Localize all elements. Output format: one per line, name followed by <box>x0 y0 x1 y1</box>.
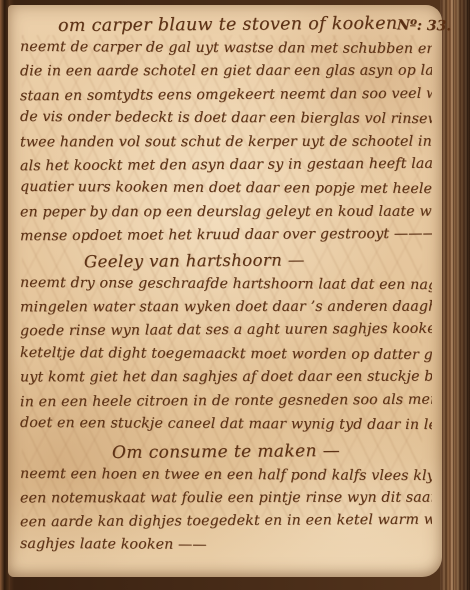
manuscript-line: keteltje dat dight toegemaackt moet word… <box>20 342 432 368</box>
page-number: Nº: 33. <box>397 17 463 34</box>
manuscript-line: als het koockt met den asyn daar sy in g… <box>20 153 432 179</box>
manuscript-line: goede rinse wyn laat dat ses a aght uure… <box>20 318 432 344</box>
manuscript-line: die in een aarde schotel en giet daar ee… <box>20 60 432 84</box>
recipe-title-carp: om carper blauw te stoven of kooken <box>20 14 398 37</box>
manuscript-line: uyt komt giet het dan saghjes af doet da… <box>20 366 432 390</box>
recipe-title-consomme: Om consume te maken — <box>20 438 432 466</box>
manuscript-line: een notemuskaat wat foulie een pintje ri… <box>20 487 432 511</box>
recipe-body-hartshorn-jelly: neemt dry onse geschraafde hartshoorn la… <box>20 273 432 437</box>
manuscript-line: doet en een stuckje caneel dat maar wyni… <box>20 412 432 438</box>
recipe-body-carp: neemt de carper de gal uyt wastse dan me… <box>20 37 432 248</box>
manuscript-line: de vis onder bedeckt is doet daar een bi… <box>20 106 432 132</box>
manuscript-line: neemt de carper de gal uyt wastse dan me… <box>20 36 432 62</box>
manuscript-line: in en een heele citroen in de ronte gesn… <box>20 388 432 414</box>
page-stack-edge <box>440 0 470 590</box>
manuscript-line: twee handen vol sout schut de kerper uyt… <box>20 130 432 154</box>
recipe-body-consomme: neemt een hoen en twee en een half pond … <box>20 464 432 558</box>
manuscript-line: mingelen water staan wyken doet daar ’s … <box>20 296 432 320</box>
manuscript-book-photo: om carper blauw te stoven of kooken Nº: … <box>0 0 470 590</box>
manuscript-line: staan en somtydts eens omgekeert neemt d… <box>20 83 432 109</box>
manuscript-page: om carper blauw te stoven of kooken Nº: … <box>8 5 442 577</box>
page-header: om carper blauw te stoven of kooken Nº: … <box>20 15 430 35</box>
manuscript-line: een aarde kan dighjes toegedekt en in ee… <box>20 509 432 535</box>
manuscript-line: quatier uurs kooken men doet daar een po… <box>20 176 432 202</box>
manuscript-line: mense opdoet moet het kruud daar over ge… <box>20 223 432 249</box>
recipe-title-hartshorn-jelly: Geeley van hartshoorn — <box>20 247 432 275</box>
manuscript-line: en peper by dan op een deurslag geleyt e… <box>20 200 432 224</box>
manuscript-line: neemt een hoen en twee en een half pond … <box>20 462 432 488</box>
manuscript-line: neemt dry onse geschraafde hartshoorn la… <box>20 272 432 298</box>
manuscript-line: saghjes laate kooken —— <box>20 533 432 559</box>
